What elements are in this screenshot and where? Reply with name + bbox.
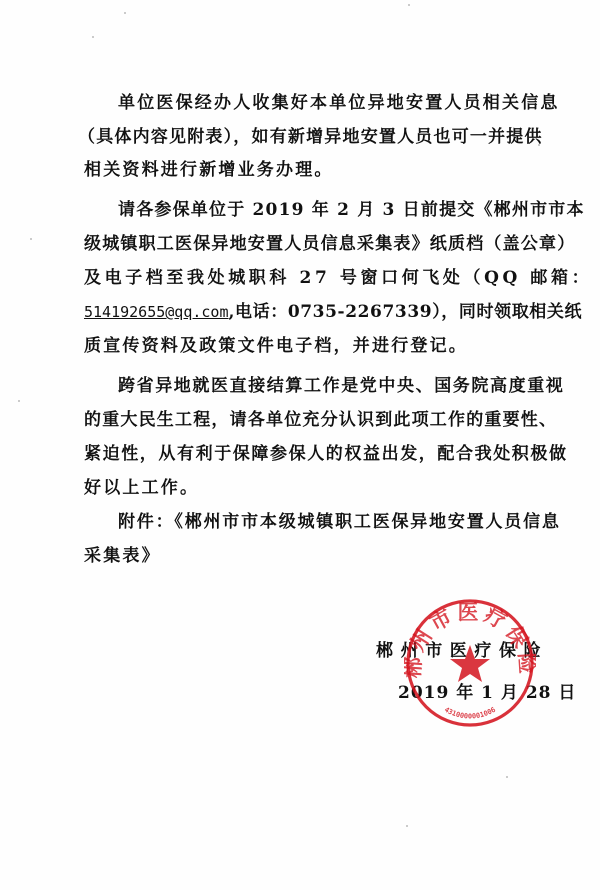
scan-speck [30, 238, 32, 240]
scan-speck [18, 400, 20, 402]
attachment-line-1: 附件：《郴州市市本级城镇职工医保异地安置人员信息 [118, 512, 544, 532]
attachment-line-2: 采集表》 [84, 546, 544, 566]
paragraph-3-line-1: 跨省异地就医直接结算工作是党中央、国务院高度重视 [118, 376, 544, 396]
seal-serial-number: 4310000001006 [443, 706, 497, 721]
document-page: 单位医保经办人收集好本单位异地安置人员相关信息 （具体内容见附表），如有新增异地… [0, 0, 600, 890]
paragraph-2-line-2: 级城镇职工医保异地安置人员信息采集表》纸质档（盖公章） [84, 234, 544, 254]
paragraph-3-line-4: 好以上工作。 [84, 478, 544, 498]
scan-speck [506, 776, 508, 778]
scan-speck [92, 36, 94, 38]
scan-speck [406, 825, 408, 827]
email-link[interactable]: 514192655@qq.com [84, 303, 229, 321]
paragraph-1-line-2: （具体内容见附表），如有新增异地安置人员也可一并提供 [78, 127, 538, 147]
scan-speck [408, 4, 410, 6]
paragraph-3-line-2: 的重大民生工程，请各单位充分认识到此项工作的重要性、 [84, 410, 544, 430]
paragraph-1-line-3: 相关资料进行新增业务办理。 [84, 160, 544, 180]
paragraph-3-line-3: 紧迫性，从有利于保障参保人的权益出发，配合我处积极做 [84, 444, 544, 464]
paragraph-2-line-5: 质宣传资料及政策文件电子档，并进行登记。 [84, 336, 544, 356]
scan-speck [124, 12, 126, 14]
scan-speck [538, 144, 540, 146]
phone-text: ,电话：0735-2267339），同时领取相关纸 [229, 302, 583, 322]
seal-ring [408, 601, 532, 725]
signature-date: 2019 年 1 月 28 日 [398, 678, 576, 703]
official-seal-stamp: 郴州市医疗保险 4310000001006 [404, 597, 536, 729]
signature-organization: 郴州市医疗保险 [376, 636, 548, 661]
paragraph-1-line-1: 单位医保经办人收集好本单位异地安置人员相关信息 [118, 93, 544, 113]
paragraph-2-line-3: 及电子档至我处城职科 27 号窗口何飞处（QQ 邮箱： [84, 268, 544, 288]
paragraph-2-contact-line: 514192655@qq.com,电话：0735-2267339），同时领取相关… [84, 302, 544, 322]
paragraph-2-line-1: 请各参保单位于 2019 年 2 月 3 日前提交《郴州市市本 [118, 200, 544, 220]
